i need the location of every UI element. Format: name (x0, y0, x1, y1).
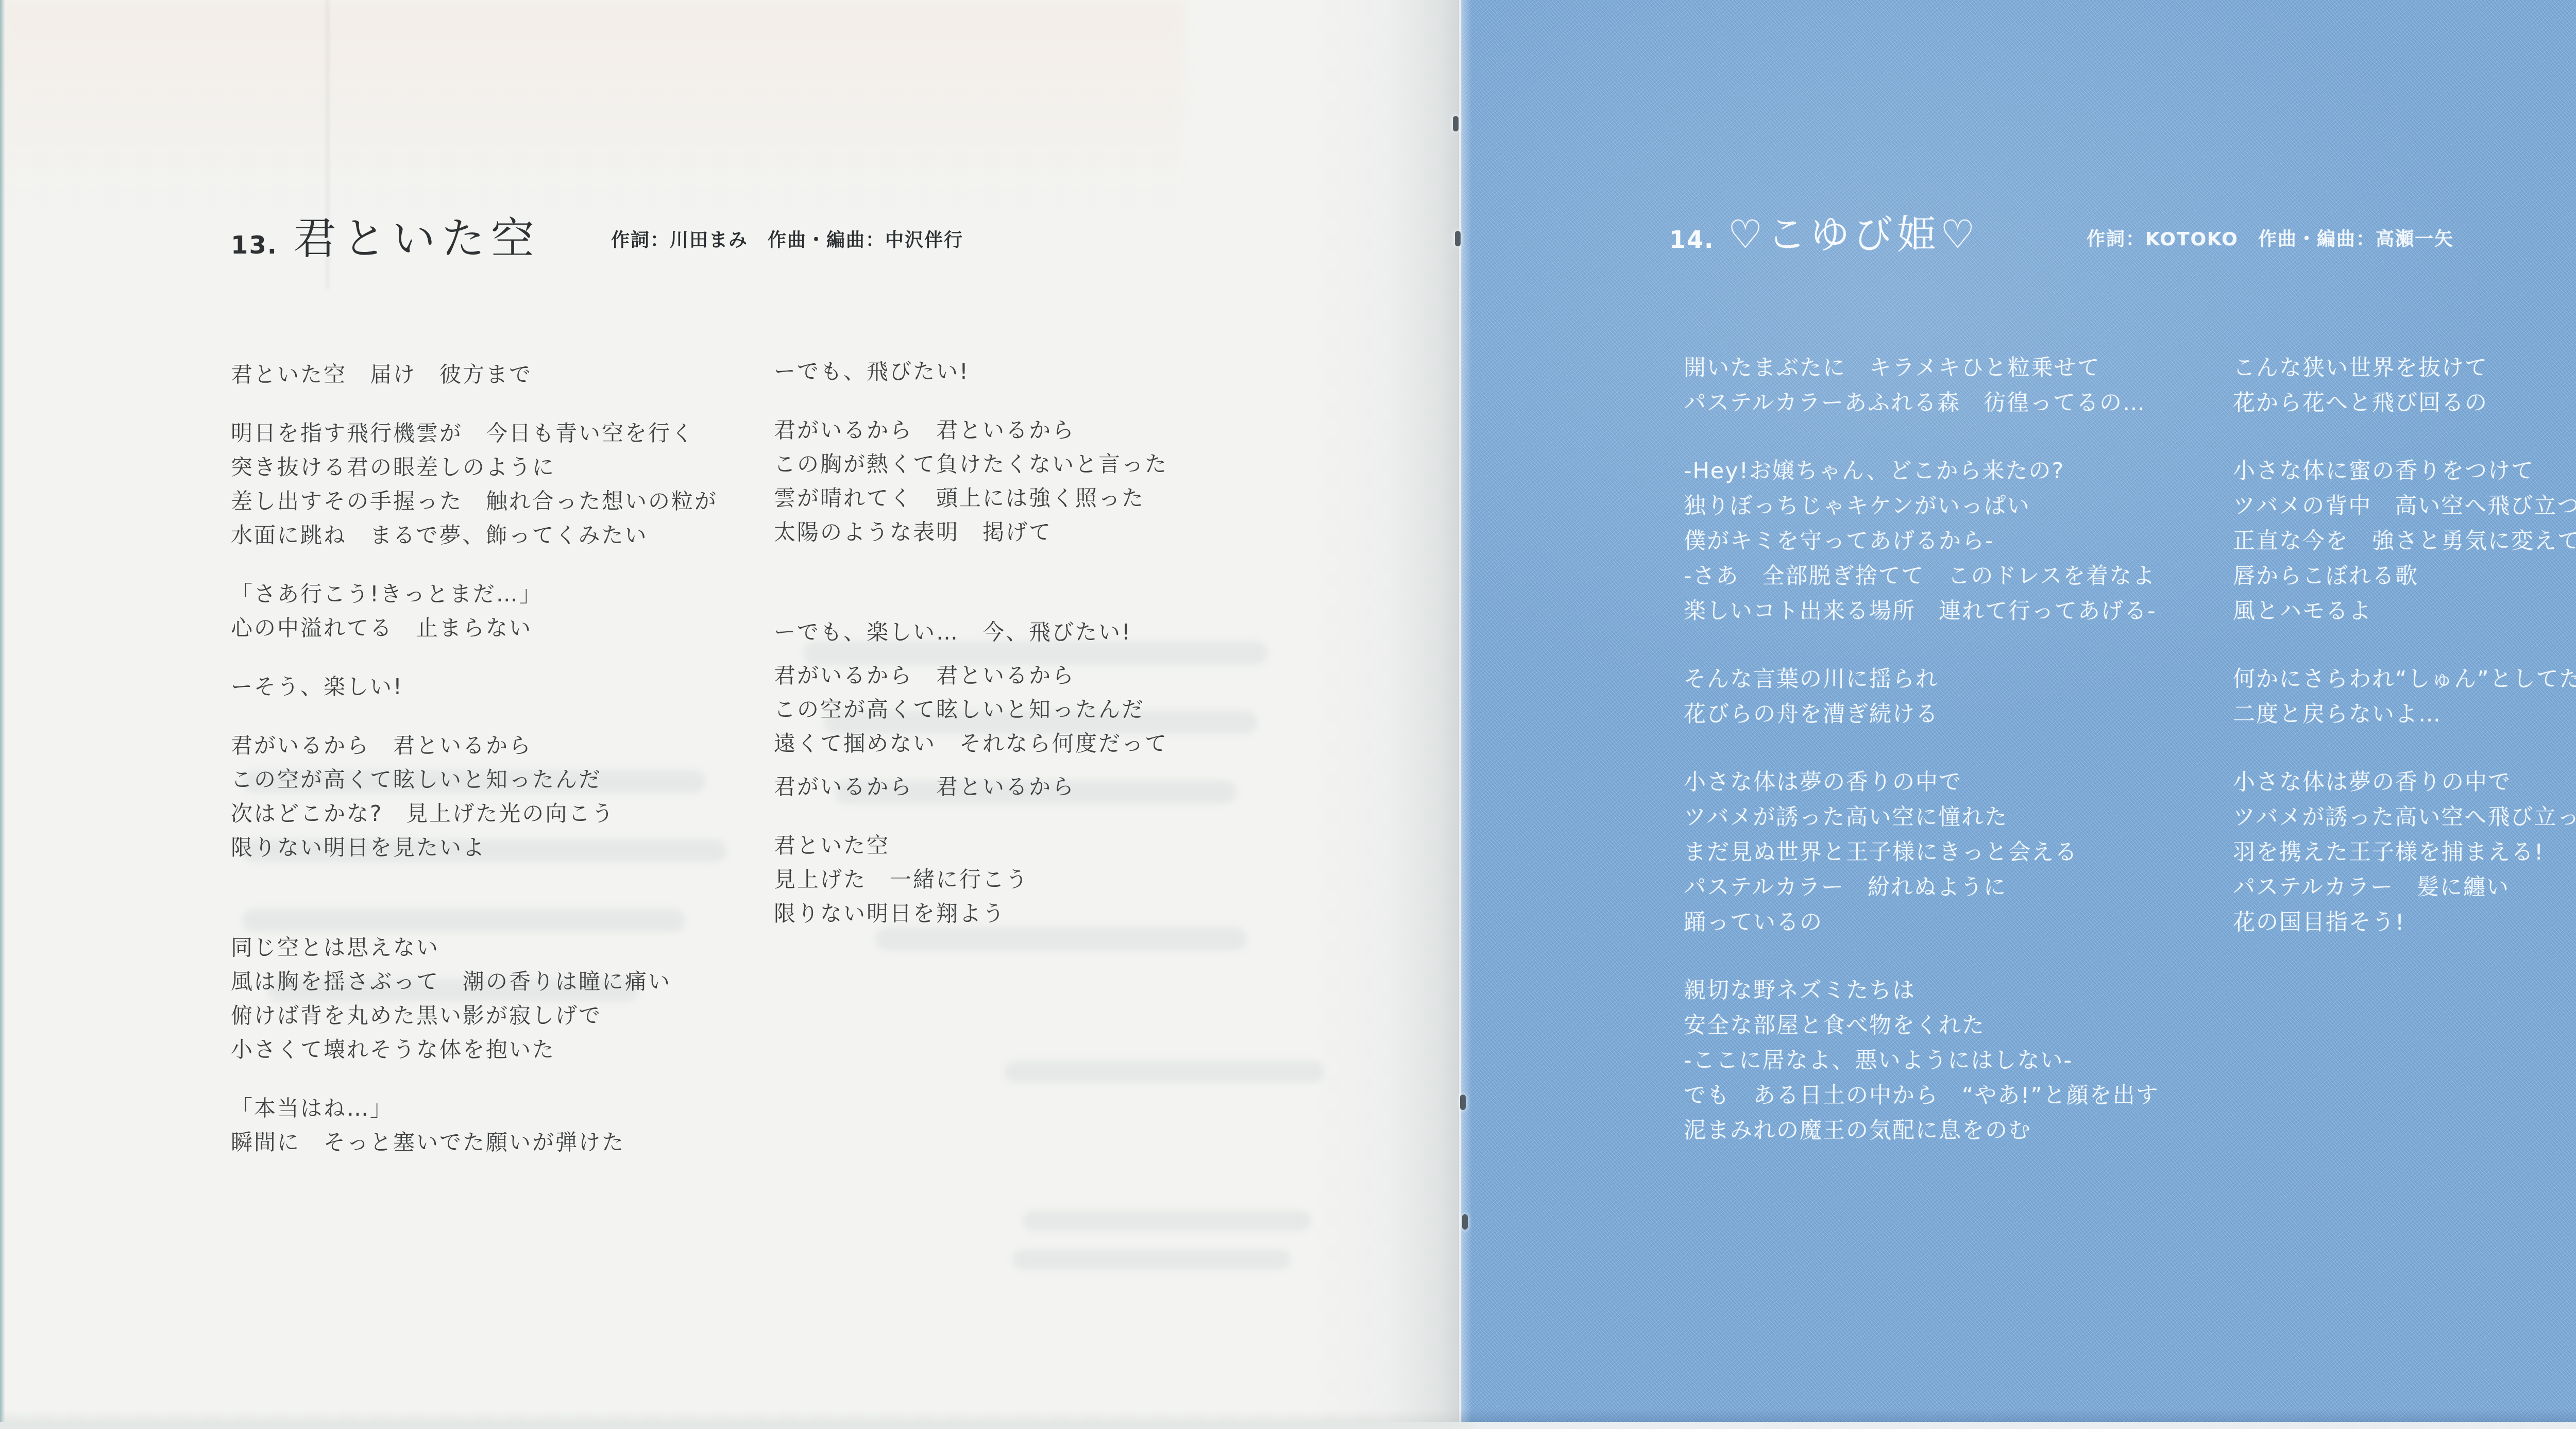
lyrics-stanza: 君がいるから 君といるからこの空が高くて眩しいと知ったんだ遠くて掴めない それな… (774, 659, 1168, 761)
lyrics-stanza: 君がいるから 君といるからこの空が高くて眩しいと知ったんだ次はどこかな? 見上げ… (231, 729, 718, 865)
lyric-line: 君がいるから 君といるから (231, 729, 718, 763)
track-number: 13. (231, 231, 278, 260)
track-number: 14. (1669, 226, 1715, 254)
bleedthrough-ghost (876, 928, 1247, 950)
track-13-title-row: 13. 君といた空 (231, 204, 540, 266)
lyric-line: 瞬間に そっと塞いでた願いが弾けた (231, 1125, 718, 1159)
lyric-line: この胸が熱くて負けたくないと言った (774, 447, 1168, 481)
lyric-line: 君がいるから 君といるから (774, 659, 1168, 693)
lyric-line: こんな狭い世界を抜けて (2233, 350, 2576, 385)
lyrics-column-left: 君といた空 届け 彼方まで明日を指す飛行機雲が 今日も青い空を行く突き抜ける君の… (231, 358, 718, 1159)
lyrics-page-track-13: 13. 君といた空 作詞：川田まみ 作曲・編曲：中沢伴行 君といた空 届け 彼方… (0, 0, 1461, 1429)
lyrics-stanza: 明日を指す飛行機雲が 今日も青い空を行く突き抜ける君の眼差しのように差し出すその… (231, 416, 718, 552)
track-14-title-row: 14. ♡こゆび姫♡ (1669, 203, 1979, 259)
lyric-line: 君といた空 (774, 829, 1168, 863)
staple-hole-top (1453, 116, 1459, 131)
lyrics-stanza: 君といた空 届け 彼方まで (231, 358, 718, 392)
lyric-line: 「本当はね…」 (231, 1091, 718, 1125)
lyrics-stanza: 「さあ行こう!きっとまだ…」心の中溢れてる 止まらない (231, 577, 718, 645)
page-bottom-shadow (1461, 1409, 2576, 1422)
lyric-line: でも ある日土の中から “やあ!”と顔を出す (1684, 1078, 2159, 1113)
lyrics-stanza: こんな狭い世界を抜けて花から花へと飛び回るの (2233, 350, 2576, 421)
lyrics-column-right: ーでも、飛びたい!君がいるから 君といるからこの胸が熱くて負けたくないと言った雲… (774, 355, 1168, 931)
track-title: ♡こゆび姫♡ (1728, 203, 1979, 259)
lyrics-stanza: ーでも、飛びたい! (774, 355, 1168, 389)
lyric-line: 小さくて壊れそうな体を抱いた (231, 1033, 718, 1067)
lyric-line: ツバメが誘った高い空へ飛び立った (2233, 800, 2576, 835)
lyric-line: パステルカラー 紛れぬように (1684, 870, 2159, 905)
gutter-shadow (1309, 0, 1459, 1429)
lyric-line: 太陽のような表明 掲げて (774, 515, 1168, 549)
track-credits: 作詞：KOTOKO 作曲・編曲：高瀬一矢 (2087, 225, 2454, 251)
lyric-line: 君がいるから 君といるから (774, 770, 1168, 804)
bleedthrough-ghost (1005, 1062, 1324, 1082)
booklet-spread: 13. 君といた空 作詞：川田まみ 作曲・編曲：中沢伴行 君といた空 届け 彼方… (0, 0, 2576, 1429)
lyric-line: 同じ空とは思えない (231, 931, 718, 965)
lyric-line: 安全な部屋と食べ物をくれた (1684, 1008, 2159, 1043)
page-bottom-shadow (0, 1409, 1461, 1422)
lyrics-stanza: 小さな体に蜜の香りをつけてツバメの背中 高い空へ飛び立つんだ正直な今を 強さと勇… (2233, 453, 2576, 629)
lyric-line: 明日を指す飛行機雲が 今日も青い空を行く (231, 416, 718, 450)
lyric-line: -ここに居なよ、悪いようにはしない- (1684, 1043, 2159, 1078)
lyrics-stanza: 同じ空とは思えない風は胸を揺さぶって 潮の香りは瞳に痛い俯けば背を丸めた黒い影が… (231, 931, 718, 1067)
staple-hole-top (1455, 231, 1461, 246)
lyrics-stanza: -Hey!お嬢ちゃん、どこから来たの?独りぼっちじゃキケンがいっぱい僕がキミを守… (1684, 453, 2159, 629)
lyric-line: ーそう、楽しい! (231, 670, 718, 704)
scanner-edge-left (0, 0, 5, 1429)
lyric-line: 君といた空 届け 彼方まで (231, 358, 718, 392)
lyric-line: 心の中溢れてる 止まらない (231, 611, 718, 645)
lyric-line: 次はどこかな? 見上げた光の向こう (231, 797, 718, 831)
lyric-line: 小さな体に蜜の香りをつけて (2233, 453, 2576, 489)
lyric-line: パステルカラーあふれる森 彷徨ってるの… (1684, 385, 2159, 421)
lyric-line: 「さあ行こう!きっとまだ…」 (231, 577, 718, 611)
lyric-line: 遠くて掴めない それなら何度だって (774, 727, 1168, 761)
lyrics-column-left: 開いたまぶたに キラメキひと粒乗せてパステルカラーあふれる森 彷徨ってるの…-H… (1684, 350, 2159, 1148)
lyrics-stanza: ーでも、楽しい… 今、飛びたい! (774, 615, 1168, 649)
lyric-line: ツバメの背中 高い空へ飛び立つんだ (2233, 489, 2576, 524)
lyric-line: 小さな体は夢の香りの中で (1684, 765, 2159, 800)
lyric-line: パステルカラー 髪に纏い (2233, 870, 2576, 905)
lyric-line: 花から花へと飛び回るの (2233, 385, 2576, 421)
lyric-line: 正直な今を 強さと勇気に変えて (2233, 524, 2576, 559)
lyric-line: 君がいるから 君といるから (774, 413, 1168, 447)
lyrics-page-track-14: 14. ♡こゆび姫♡ 作詞：KOTOKO 作曲・編曲：高瀬一矢 開いたまぶたに … (1461, 0, 2576, 1429)
lyrics-stanza: 君がいるから 君といるからこの胸が熱くて負けたくないと言った雲が晴れてく 頭上に… (774, 413, 1168, 549)
lyric-line: 水面に跳ね まるで夢、飾ってくみたい (231, 518, 718, 552)
lyrics-stanza: 君がいるから 君といるから (774, 770, 1168, 804)
lyrics-stanza: 「本当はね…」瞬間に そっと塞いでた願いが弾けた (231, 1091, 718, 1159)
lyric-line: 僕がキミを守ってあげるから- (1684, 524, 2159, 559)
bleedthrough-ghost (1012, 1250, 1291, 1269)
lyric-line: まだ見ぬ世界と王子様にきっと会える (1684, 835, 2159, 870)
lyric-line: ツバメが誘った高い空に憧れた (1684, 800, 2159, 835)
lyrics-stanza: 小さな体は夢の香りの中でツバメが誘った高い空に憧れたまだ見ぬ世界と王子様にきっと… (1684, 765, 2159, 940)
lyric-line: この空が高くて眩しいと知ったんだ (231, 763, 718, 797)
lyric-line: 小さな体は夢の香りの中で (2233, 765, 2576, 800)
lyric-line: -Hey!お嬢ちゃん、どこから来たの? (1684, 453, 2159, 489)
lyric-line: 楽しいコト出来る場所 連れて行ってあげる- (1684, 594, 2159, 629)
scanner-edge-bottom (0, 1422, 2576, 1429)
lyric-line: 見上げた 一緒に行こう (774, 863, 1168, 897)
paper-tint (0, 0, 1185, 222)
lyric-line: 雲が晴れてく 頭上には強く照った (774, 481, 1168, 515)
staple-hole-bottom (1460, 1095, 1466, 1110)
lyric-line: 羽を携えた王子様を捕まえる! (2233, 835, 2576, 870)
lyric-line: この空が高くて眩しいと知ったんだ (774, 693, 1168, 727)
lyrics-stanza: 何かにさらわれ“しゅん”としてた日々二度と戻らないよ… (2233, 662, 2576, 732)
lyric-line: 限りない明日を見たいよ (231, 831, 718, 865)
lyric-line: -さあ 全部脱ぎ捨てて このドレスを着なよ (1684, 559, 2159, 594)
staple-hole-bottom (1462, 1214, 1468, 1230)
track-credits: 作詞：川田まみ 作曲・編曲：中沢伴行 (611, 226, 963, 252)
lyric-line: 花びらの舟を漕ぎ続ける (1684, 697, 2159, 732)
lyric-line: 二度と戻らないよ… (2233, 697, 2576, 732)
lyric-line: 親切な野ネズミたちは (1684, 973, 2159, 1008)
lyrics-stanza: 君といた空見上げた 一緒に行こう限りない明日を翔よう (774, 829, 1168, 931)
lyric-line: 開いたまぶたに キラメキひと粒乗せて (1684, 350, 2159, 385)
lyrics-stanza: ーそう、楽しい! (231, 670, 718, 704)
lyrics-stanza: 開いたまぶたに キラメキひと粒乗せてパステルカラーあふれる森 彷徨ってるの… (1684, 350, 2159, 421)
bleedthrough-ghost (1023, 1211, 1311, 1231)
lyric-line: 泥まみれの魔王の気配に息をのむ (1684, 1113, 2159, 1148)
lyric-line: 俯けば背を丸めた黒い影が寂しげで (231, 999, 718, 1033)
lyric-line: 独りぼっちじゃキケンがいっぱい (1684, 489, 2159, 524)
lyrics-stanza: 親切な野ネズミたちは安全な部屋と食べ物をくれた-ここに居なよ、悪いようにはしない… (1684, 973, 2159, 1148)
lyrics-stanza: 小さな体は夢の香りの中でツバメが誘った高い空へ飛び立った羽を携えた王子様を捕まえ… (2233, 765, 2576, 940)
lyric-line: 風とハモるよ (2233, 594, 2576, 629)
lyric-line: 限りない明日を翔よう (774, 897, 1168, 931)
lyric-line: 何かにさらわれ“しゅん”としてた日々 (2233, 662, 2576, 697)
lyric-line: 花の国目指そう! (2233, 905, 2576, 940)
lyric-line: ーでも、飛びたい! (774, 355, 1168, 389)
track-title: 君といた空 (293, 204, 540, 266)
lyric-line: そんな言葉の川に揺られ (1684, 662, 2159, 697)
lyric-line: 風は胸を揺さぶって 潮の香りは瞳に痛い (231, 965, 718, 999)
lyric-line: ーでも、楽しい… 今、飛びたい! (774, 615, 1168, 649)
lyric-line: 突き抜ける君の眼差しのように (231, 450, 718, 484)
lyric-line: 踊っているの (1684, 905, 2159, 940)
lyrics-stanza: そんな言葉の川に揺られ花びらの舟を漕ぎ続ける (1684, 662, 2159, 732)
lyric-line: 差し出すその手握った 触れ合った想いの粒が (231, 484, 718, 518)
lyric-line: 唇からこぼれる歌 (2233, 559, 2576, 594)
lyrics-column-right: こんな狭い世界を抜けて花から花へと飛び回るの小さな体に蜜の香りをつけてツバメの背… (2233, 350, 2576, 940)
